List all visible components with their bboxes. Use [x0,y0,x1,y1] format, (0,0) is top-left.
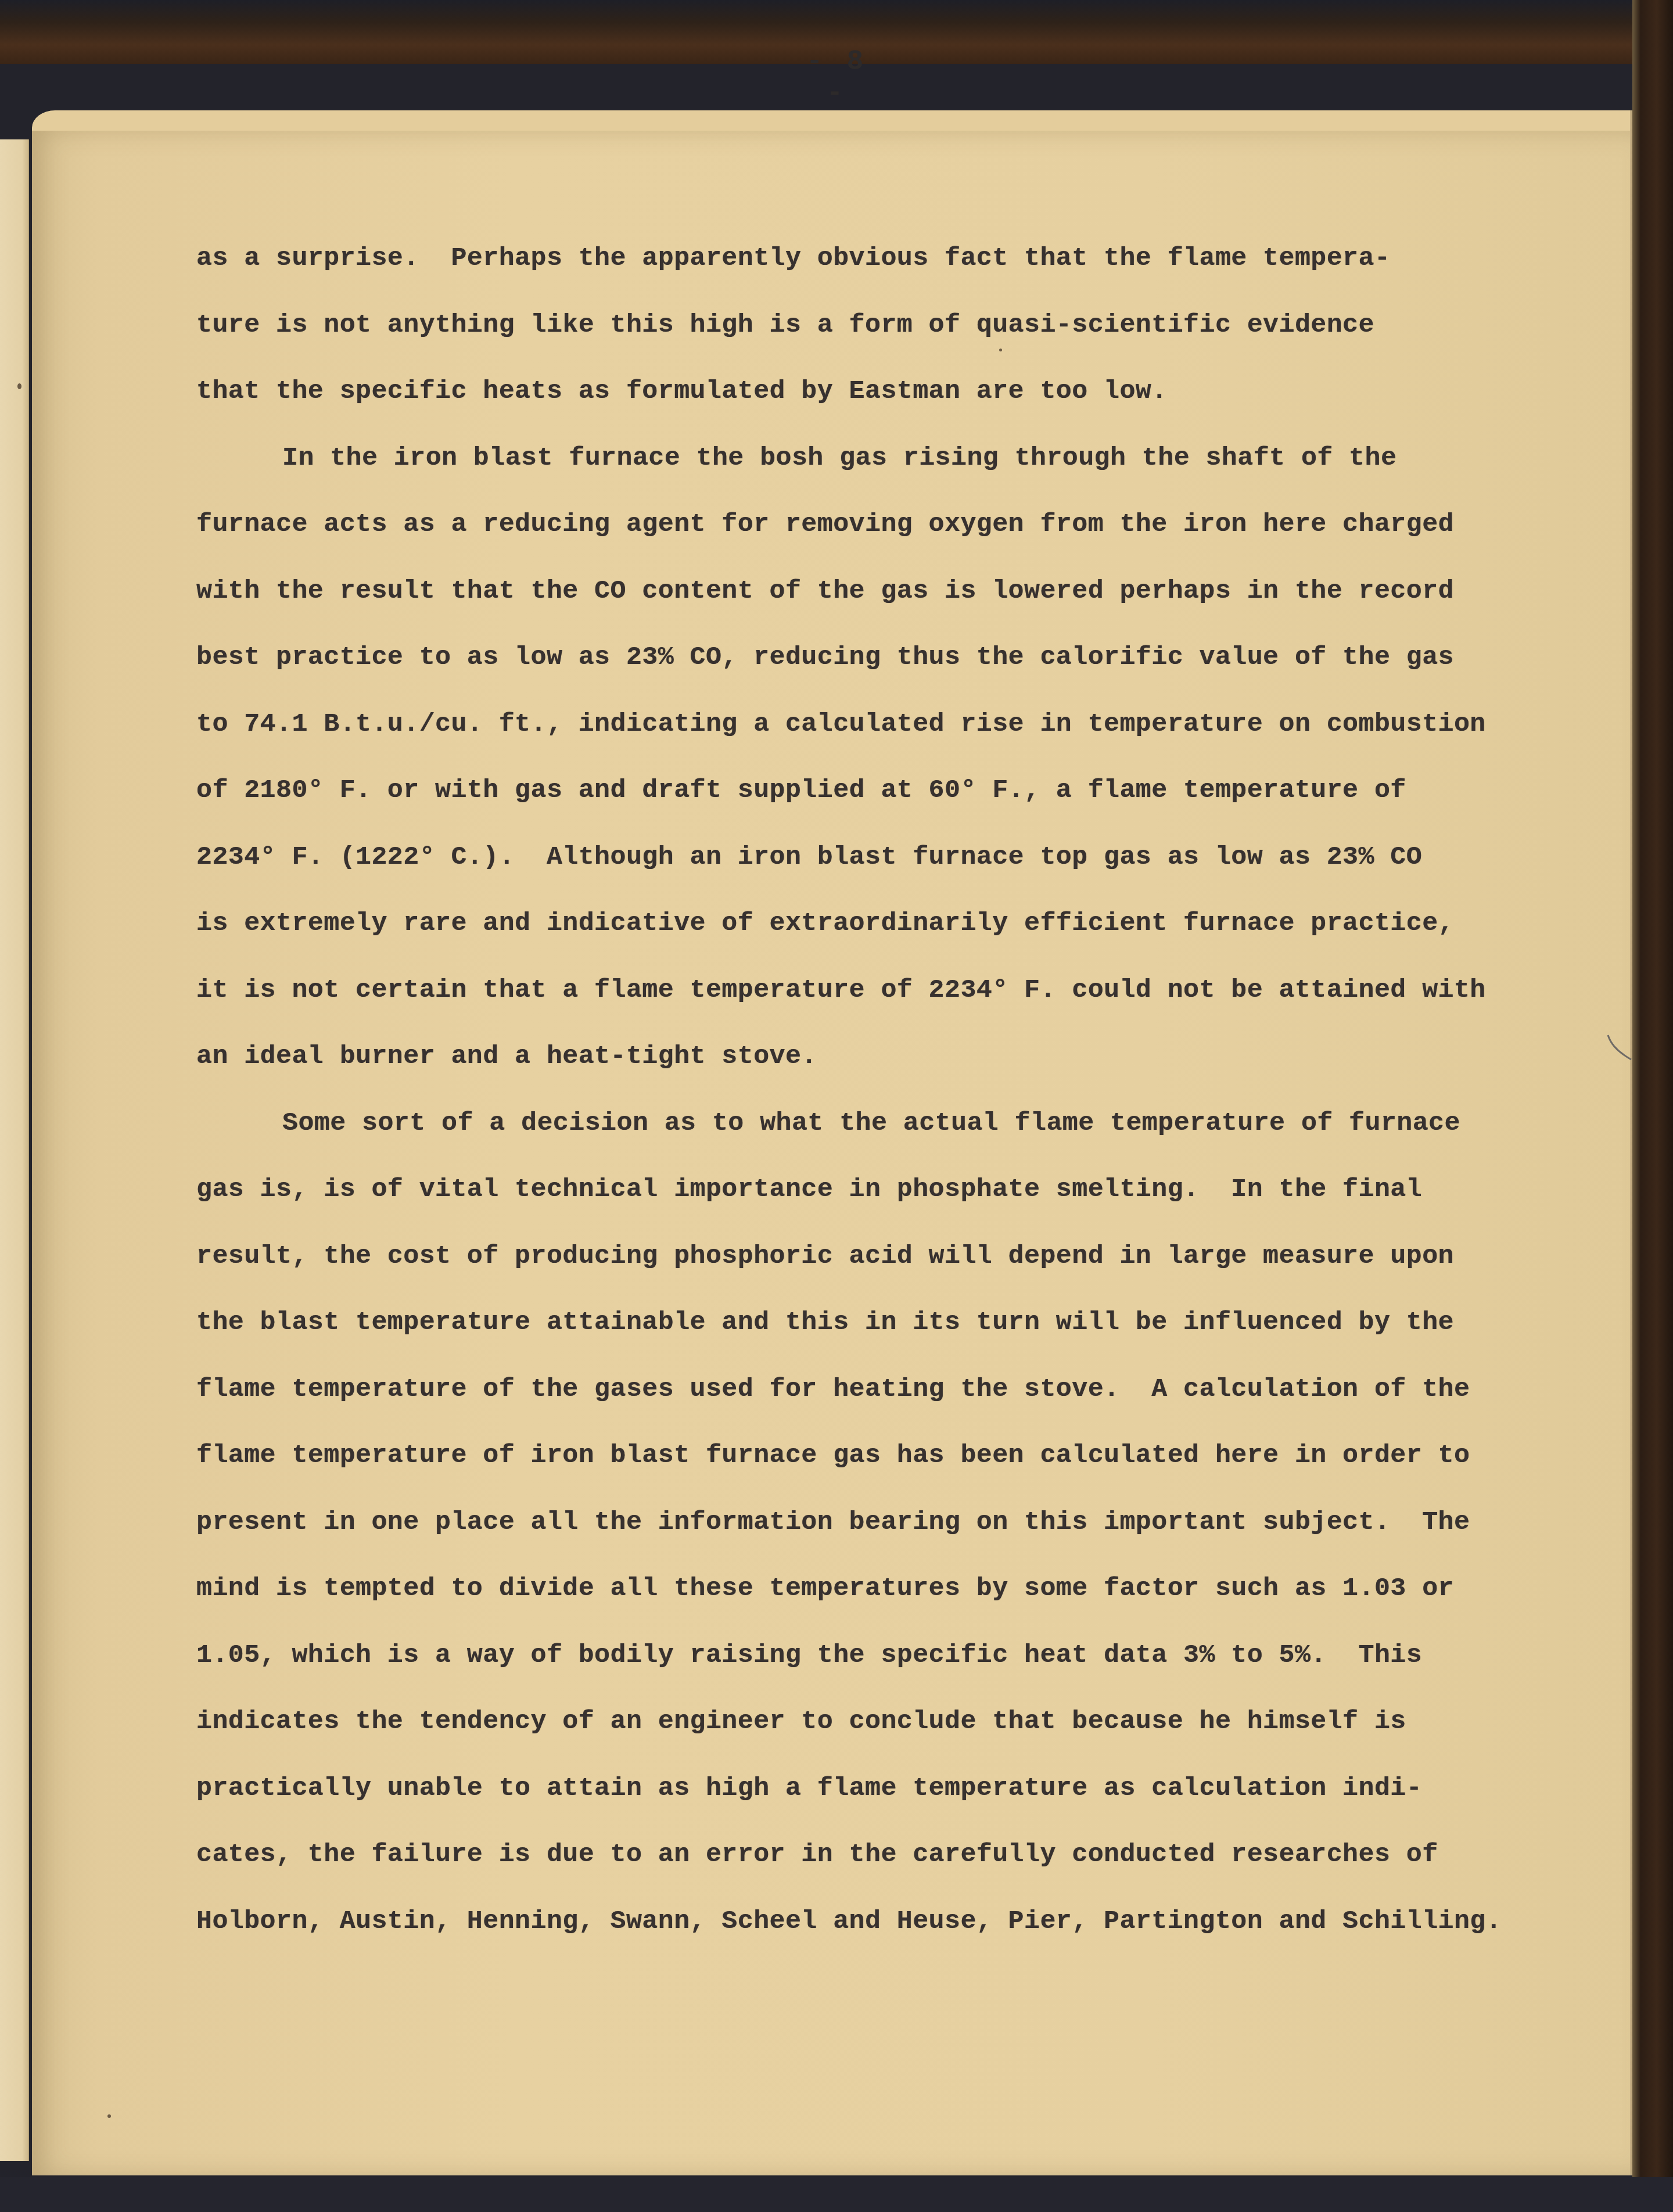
text-line: present in one place all the information… [196,1505,1591,1572]
paper-fleck [999,349,1002,351]
page-number: - 8 - [796,46,877,109]
text-line: ture is not anything like this high is a… [196,308,1591,375]
text-line: to 74.1 B.t.u./cu. ft., indicating a cal… [196,707,1591,774]
text-line: the blast temperature attainable and thi… [196,1305,1591,1372]
text-line: mind is tempted to divide all these temp… [196,1571,1591,1638]
text-line: that the specific heats as formulated by… [196,374,1591,441]
text-line: furnace acts as a reducing agent for rem… [196,507,1591,574]
text-line: cates, the failure is due to an error in… [196,1837,1591,1904]
text-line: Holborn, Austin, Henning, Swann, Scheel … [196,1904,1591,1971]
text-line: flame temperature of the gases used for … [196,1372,1591,1439]
paragraph-3: Some sort of a decision as to what the a… [196,1106,1591,1971]
text-line: Some sort of a decision as to what the a… [196,1106,1591,1173]
text-line: flame temperature of iron blast furnace … [196,1438,1591,1505]
text-line: it is not certain that a flame temperatu… [196,973,1591,1040]
text-line: gas is, is of vital technical importance… [196,1172,1591,1239]
text-line: of 2180° F. or with gas and draft suppli… [196,773,1591,840]
text-line: practically unable to attain as high a f… [196,1771,1591,1838]
document-body: as a surprise. Perhaps the apparently ob… [196,241,1591,1970]
previous-page-edge [0,139,29,2161]
text-line: indicates the tendency of an engineer to… [196,1704,1591,1771]
paper-fleck [17,383,21,389]
text-line: an ideal burner and a heat-tight stove. [196,1039,1591,1106]
text-line: In the iron blast furnace the bosh gas r… [196,441,1591,508]
text-line: 1.05, which is a way of bodily raising t… [196,1638,1591,1705]
text-line: best practice to as low as 23% CO, reduc… [196,640,1591,707]
paragraph-1: as a surprise. Perhaps the apparently ob… [196,241,1591,441]
text-line: 2234° F. (1222° C.). Although an iron bl… [196,840,1591,907]
text-line: result, the cost of producing phosphoric… [196,1239,1591,1306]
book-binding-bottom [0,2177,1673,2212]
text-line: is extremely rare and indicative of extr… [196,906,1591,973]
book-binding-right [1632,0,1673,2212]
paragraph-2: In the iron blast furnace the bosh gas r… [196,441,1591,1106]
text-line: as a surprise. Perhaps the apparently ob… [196,241,1591,308]
pencil-mark-icon [1607,1034,1632,1063]
paper-fleck [107,2114,111,2118]
text-line: with the result that the CO content of t… [196,574,1591,641]
